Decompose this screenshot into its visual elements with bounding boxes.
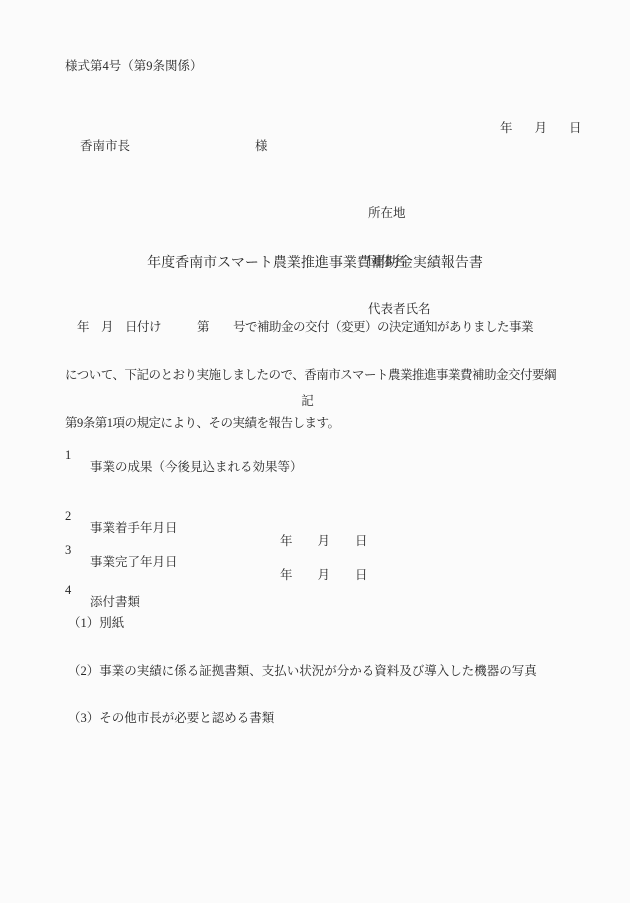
attachment-item-3: （3）その他市長が必要と認める書類 — [68, 712, 537, 735]
item-label: 事業完了年月日 — [90, 556, 178, 569]
attachments-list: （1）別紙 （2）事業の実績に係る証拠書類、支払い状況が分かる資料及び導入した機… — [68, 592, 537, 760]
record-marker: 記 — [0, 395, 615, 408]
item-number: 3 — [65, 544, 71, 557]
item-number: 2 — [65, 510, 71, 523]
body-line-2: について、下記のとおり実施しましたので、香南市スマート農業推進事業費補助金交付要… — [65, 369, 575, 392]
item-attached-documents: 4 添付書類 — [65, 571, 585, 587]
attachment-item-2: （2）事業の実績に係る証拠書類、支払い状況が分かる資料及び導入した機器の写真 — [68, 665, 537, 688]
document-title: 年度香南市スマート農業推進事業費補助金実績報告書 — [0, 257, 630, 271]
item-number: 1 — [65, 449, 71, 462]
document-page: 様式第4号（第9条関係） 年 月 日 香南市長 様 所在地 団体名 代表者氏名 … — [0, 0, 630, 903]
item-completion-date: 3 事業完了年月日 年 月 日 — [65, 531, 585, 547]
date-field: 年 月 日 — [500, 122, 581, 135]
form-number: 様式第4号（第9条関係） — [65, 60, 203, 73]
addressee: 香南市長 — [80, 140, 130, 153]
attachment-item-1: （1）別紙 — [68, 617, 537, 640]
item-start-date: 2 事業着手年月日 年 月 日 — [65, 497, 585, 513]
sender-address-label: 所在地 — [368, 207, 431, 230]
body-line-1: 年 月 日付け 第 号で補助金の交付（変更）の決定通知がありました事業 — [65, 321, 575, 344]
item-project-results: 1 事業の成果（今後見込まれる効果等） — [65, 436, 585, 452]
item-label: 事業の成果（今後見込まれる効果等） — [90, 461, 303, 474]
addressee-honorific: 様 — [255, 140, 268, 153]
